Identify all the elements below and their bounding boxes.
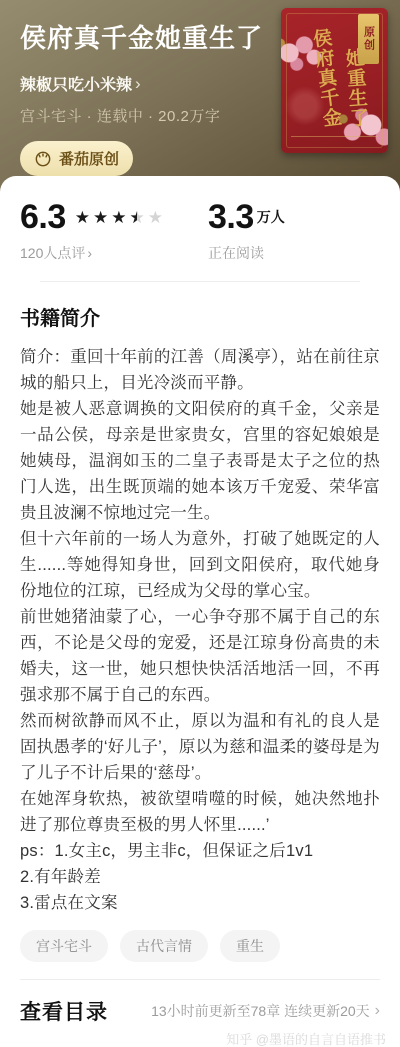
readers-label: 正在阅读 — [208, 243, 264, 263]
star-rating: ★★★★★★ — [75, 209, 166, 226]
watermark: 知乎 @墨语的自言自语推书 — [0, 1026, 400, 1047]
stats-section: 6.3 ★★★★★★ 120人点评 › 3.3 万人 正在阅读 — [0, 176, 400, 282]
readers-block: 3.3 万人 正在阅读 — [208, 200, 285, 263]
intro-paragraph: ps：1.女主c，男主非c，但保证之后1v1 — [20, 838, 380, 864]
intro-paragraph: 3.雷点在文案 — [20, 890, 380, 916]
origin-badge-label: 番茄原创 — [59, 148, 119, 169]
intro-heading: 书籍简介 — [20, 302, 380, 331]
book-cover[interactable]: 侯府真千金 她重生了 原创 — [281, 8, 388, 153]
update-info-text: 13小时前更新至78章 连续更新20天 — [151, 1001, 370, 1021]
original-ribbon: 原创 — [358, 14, 379, 64]
tag-pill[interactable]: 宫斗宅斗 — [20, 930, 108, 962]
rating-block[interactable]: 6.3 ★★★★★★ 120人点评 › — [20, 200, 208, 263]
intro-paragraph: 然而树欲静而风不止，原以为温和有礼的良人是固执愚孝的‘好儿子’，原以为慈和温柔的… — [20, 708, 380, 786]
chevron-right-icon: › — [87, 245, 92, 261]
intro-paragraph: 2.有年龄差 — [20, 864, 380, 890]
intro-paragraph: 但十六年前的一场人为意外，打破了她既定的人生......等她得知身世，回到文阳侯… — [20, 526, 380, 604]
readers-count: 3.3 — [208, 200, 254, 234]
intro-paragraph: 前世她猪油蒙了心，一心争夺那不属于自己的东西，不论是父母的宠爱，还是江琼身份高贵… — [20, 604, 380, 708]
intro-paragraph: 在她浑身软热，被欲望啃噬的时候，她决然地扑进了那位尊贵至极的男人怀里......… — [20, 786, 380, 838]
intro-paragraphs: 简介：重回十年前的江善（周溪亭），站在前往京城的船只上，目光冷淡而平静。她是被人… — [20, 344, 380, 916]
view-catalog-button[interactable]: 查看目录 — [20, 996, 108, 1026]
detail-card: 6.3 ★★★★★★ 120人点评 › 3.3 万人 正在阅读 — [0, 176, 400, 1047]
update-info[interactable]: 13小时前更新至78章 连续更新20天 › — [151, 1001, 380, 1021]
rating-count-label[interactable]: 120人点评 — [20, 243, 85, 263]
origin-badge: 番茄原创 — [20, 141, 133, 176]
tag-row: 宫斗宅斗古代言情重生 — [0, 916, 400, 962]
tag-pill[interactable]: 重生 — [220, 930, 280, 962]
intro-paragraph: 简介：重回十年前的江善（周溪亭），站在前往京城的船只上，目光冷淡而平静。 — [20, 344, 380, 396]
cover-divider-line — [291, 136, 378, 137]
intro-section: 书籍简介 简介：重回十年前的江善（周溪亭），站在前往京城的船只上，目光冷淡而平静… — [0, 282, 400, 916]
tomato-icon — [34, 150, 52, 168]
rating-score: 6.3 — [20, 200, 66, 234]
readers-unit: 万人 — [257, 207, 285, 227]
intro-paragraph: 她是被人恶意调换的文阳侯府的真千金，父亲是一品公侯，母亲是世家贵女，宫里的容妃娘… — [20, 396, 380, 526]
chevron-right-icon: › — [375, 1002, 380, 1020]
author-name: 辣椒只吃小米辣 — [20, 72, 132, 95]
book-header: 侯府真千金她重生了 辣椒只吃小米辣 › 宫斗宅斗 · 连载中 · 20.2万字 … — [0, 0, 400, 192]
chevron-right-icon: › — [135, 74, 141, 94]
catalog-bar: 查看目录 13小时前更新至78章 连续更新20天 › — [0, 980, 400, 1026]
tag-pill[interactable]: 古代言情 — [120, 930, 208, 962]
